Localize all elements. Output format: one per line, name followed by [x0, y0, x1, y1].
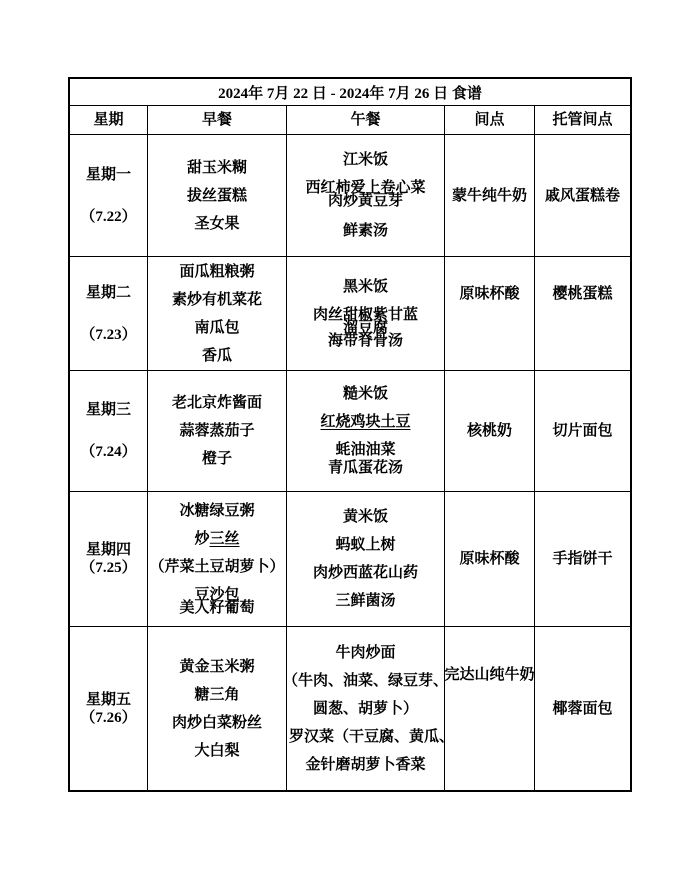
- table-title-row: 2024年 7月 22 日 - 2024年 7月 26 日 食谱: [70, 79, 630, 106]
- menu-item: 糖三角: [194, 687, 239, 703]
- menu-item: （牛肉、油菜、绿豆芽、: [287, 673, 445, 689]
- menu-item: 切片面包: [552, 423, 612, 439]
- day-date: （7.22）: [80, 209, 136, 225]
- snack-cell-thursday: 原味杯酸: [445, 492, 535, 627]
- menu-item: 蒜蓉蒸茄子: [179, 423, 254, 439]
- menu-item: 黄金玉米粥: [179, 659, 254, 675]
- lunch-cell-thursday: 黄米饭 蚂蚁上树 肉炒西蓝花山药 三鲜菌汤: [287, 492, 445, 627]
- menu-item-underlined-part: 三丝: [210, 531, 240, 547]
- menu-item: 圆葱、胡萝卜）: [313, 701, 418, 717]
- menu-item: 美人籽葡萄: [179, 600, 254, 616]
- menu-item: 蚂蚁上树: [335, 537, 395, 553]
- lunch-cell-wednesday: 糙米饭 红烧鸡块土豆 蚝油油菜 青瓜蛋花汤: [287, 371, 445, 492]
- care-snack-cell-thursday: 手指饼干: [535, 492, 630, 627]
- lunch-cell-tuesday: 黑米饭 肉丝甜椒紫甘蓝 溜豆腐 海带脊骨汤: [287, 257, 445, 371]
- menu-item: 黑米饭: [343, 279, 388, 295]
- menu-item: 甜玉米糊: [187, 160, 247, 176]
- day-label: 星期一: [86, 167, 131, 183]
- menu-item: 手指饼干: [552, 551, 612, 567]
- day-date: （7.25）: [80, 560, 136, 576]
- day-cell-tuesday: 星期二 （7.23）: [70, 257, 148, 371]
- menu-item: 肉炒白菜粉丝: [172, 715, 262, 731]
- column-header-snack: 间点: [445, 106, 535, 135]
- care-snack-cell-tuesday: 樱桃蛋糕: [535, 257, 630, 371]
- breakfast-cell-friday: 黄金玉米粥 糖三角 肉炒白菜粉丝 大白梨: [148, 627, 287, 790]
- day-label: 星期二: [86, 285, 131, 301]
- menu-item: 蒙牛纯牛奶: [452, 188, 527, 204]
- breakfast-cell-monday: 甜玉米糊 拔丝蛋糕 圣女果: [148, 135, 287, 257]
- menu-item: 原味杯酸: [459, 551, 519, 567]
- menu-item: 炒三丝: [194, 531, 239, 547]
- menu-item: 糙米饭: [343, 386, 388, 402]
- day-cell-friday: 星期五 （7.26）: [70, 627, 148, 790]
- menu-item: 罗汉菜（干豆腐、黄瓜、: [289, 729, 445, 745]
- menu-item: 金针磨胡萝卜香菜: [305, 757, 425, 773]
- day-cell-monday: 星期一 （7.22）: [70, 135, 148, 257]
- breakfast-cell-tuesday: 面瓜粗粮粥 素炒有机菜花 南瓜包 香瓜: [148, 257, 287, 371]
- menu-item: 老北京炸酱面: [172, 395, 262, 411]
- lunch-cell-friday: 牛肉炒面 （牛肉、油菜、绿豆芽、 圆葱、胡萝卜） 罗汉菜（干豆腐、黄瓜、 金针磨…: [287, 627, 445, 790]
- day-date: （7.24）: [80, 444, 136, 460]
- menu-item: 南瓜包: [194, 320, 239, 336]
- care-snack-cell-monday: 戚风蛋糕卷: [535, 135, 630, 257]
- menu-item: 黄米饭: [343, 509, 388, 525]
- breakfast-cell-thursday: 冰糖绿豆粥 炒三丝 （芹菜土豆胡萝卜） 豆沙包 美人籽葡萄: [148, 492, 287, 627]
- menu-item: 椰蓉面包: [552, 701, 612, 717]
- day-date: （7.23）: [80, 327, 136, 343]
- menu-item: 拔丝蛋糕: [187, 188, 247, 204]
- day-label: 星期四: [86, 542, 131, 558]
- day-cell-wednesday: 星期三 （7.24）: [70, 371, 148, 492]
- menu-item: 三鲜菌汤: [335, 593, 395, 609]
- lunch-cell-monday: 江米饭 西红柿爱上卷心菜 肉炒黄豆芽 鲜素汤: [287, 135, 445, 257]
- care-snack-cell-friday: 椰蓉面包: [535, 627, 630, 790]
- menu-item-underlined: 红烧鸡块土豆: [320, 414, 410, 430]
- menu-item: 青瓜蛋花汤: [328, 460, 403, 476]
- day-cell-thursday: 星期四 （7.25）: [70, 492, 148, 627]
- menu-item: 江米饭: [343, 152, 388, 168]
- menu-item: 大白梨: [194, 743, 239, 759]
- day-label: 星期三: [86, 402, 131, 418]
- column-header-lunch: 午餐: [287, 106, 445, 135]
- menu-item: 原味杯酸: [459, 286, 519, 302]
- snack-cell-monday: 蒙牛纯牛奶: [445, 135, 535, 257]
- menu-item: 樱桃蛋糕: [552, 286, 612, 302]
- breakfast-cell-wednesday: 老北京炸酱面 蒜蓉蒸茄子 橙子: [148, 371, 287, 492]
- menu-item: 肉炒黄豆芽: [328, 193, 403, 209]
- menu-item: 鲜素汤: [343, 223, 388, 239]
- menu-item: 蚝油油菜: [335, 442, 395, 458]
- day-date: （7.26）: [80, 710, 136, 726]
- menu-item: 海带脊骨汤: [328, 333, 403, 349]
- snack-cell-friday: 完达山纯牛奶: [445, 627, 535, 790]
- snack-cell-wednesday: 核桃奶: [445, 371, 535, 492]
- menu-item: 素炒有机菜花: [172, 292, 262, 308]
- menu-item: 牛肉炒面: [335, 645, 395, 661]
- care-snack-cell-wednesday: 切片面包: [535, 371, 630, 492]
- menu-item: 戚风蛋糕卷: [545, 188, 620, 204]
- menu-item: 香瓜: [202, 348, 232, 364]
- menu-item: 完达山纯牛奶: [445, 667, 535, 683]
- table-title: 2024年 7月 22 日 - 2024年 7月 26 日 食谱: [218, 82, 482, 103]
- day-label: 星期五: [86, 692, 131, 708]
- menu-item: 冰糖绿豆粥: [179, 503, 254, 519]
- menu-item: 核桃奶: [467, 423, 512, 439]
- menu-item: 面瓜粗粮粥: [179, 264, 254, 280]
- meal-schedule-table: 2024年 7月 22 日 - 2024年 7月 26 日 食谱 星期 早餐 午…: [68, 77, 632, 792]
- column-header-breakfast: 早餐: [148, 106, 287, 135]
- column-header-week: 星期: [70, 106, 148, 135]
- menu-item: 肉炒西蓝花山药: [313, 565, 418, 581]
- menu-item: 橙子: [202, 451, 232, 467]
- menu-item: 圣女果: [194, 216, 239, 232]
- menu-item: （芹菜土豆胡萝卜）: [149, 559, 284, 575]
- column-header-care-snack: 托管间点: [535, 106, 630, 135]
- snack-cell-tuesday: 原味杯酸: [445, 257, 535, 371]
